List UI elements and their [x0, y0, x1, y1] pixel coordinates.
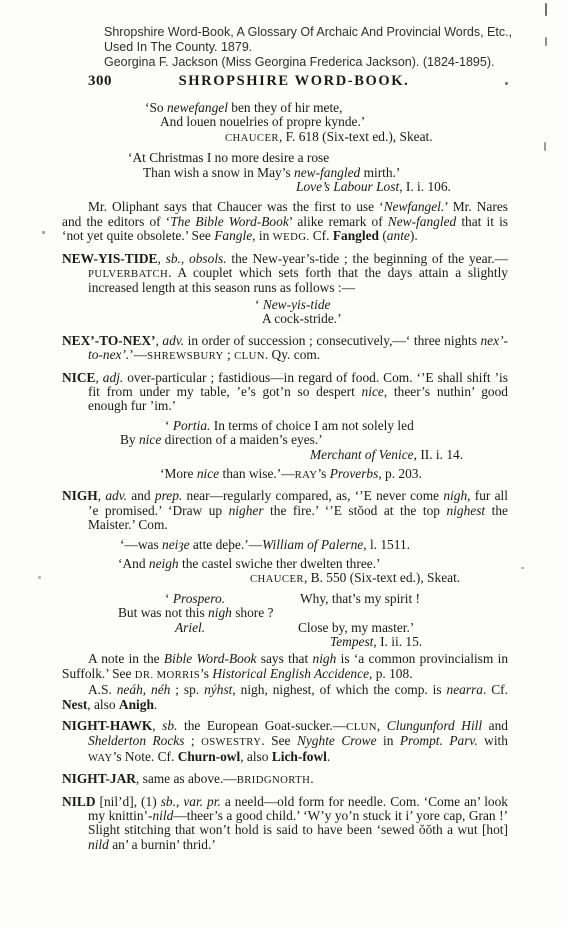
text-segment: atte deþe.’— [190, 537, 263, 552]
text-segment: And louen nouelries of propre kynde.’ [160, 114, 365, 129]
text-segment: nigher [229, 503, 264, 518]
text-segment: the castel swiche ther dwelten three.’ [179, 556, 381, 571]
text-segment: neiȝe [162, 537, 190, 552]
scan-metadata: Shropshire Word-Book, A Glossary Of Arch… [104, 25, 534, 70]
text-segment: , p. 203. [378, 466, 422, 481]
text-segment: NILD [62, 794, 95, 809]
text-segment: By [120, 432, 139, 447]
text-segment: ‘ [165, 418, 173, 433]
text-segment: NIGH [62, 488, 98, 503]
text-line: ‘ Portia. In terms of choice I am not so… [165, 419, 508, 433]
dialogue-speaker: ‘ Prospero. [165, 591, 225, 606]
text-segment: newefangel [167, 100, 228, 115]
text-segment: Prompt. Parv. [400, 733, 478, 748]
text-segment: ‘ [255, 297, 263, 312]
text-segment: Nest [62, 697, 87, 712]
page-header: 300 SHROPSHIRE WORD-BOOK. [62, 73, 508, 91]
text-line: Tempest, I. ii. 15. [330, 635, 508, 649]
text-segment: ben they of hir mete, [228, 100, 343, 115]
text-segment: in [377, 733, 400, 748]
text-segment: . [154, 697, 157, 712]
text-segment: , [377, 718, 387, 733]
text-segment: Pulverbatch [88, 268, 168, 280]
text-segment: Why, that’s my spirit ! [300, 591, 420, 606]
text-segment: , I. ii. 15. [373, 634, 422, 649]
text-line: Merchant of Venice, II. i. 14. [310, 448, 508, 462]
text-segment: Way [88, 752, 113, 764]
scan-artifact [505, 82, 508, 85]
text-segment: , in [252, 228, 272, 243]
text-segment: ; [224, 347, 234, 362]
page-number: 300 [88, 73, 112, 90]
text-segment: New-yis-tide [263, 297, 331, 312]
text-segment: Proverbs [330, 466, 379, 481]
text-line: ‘And neigh the castel swiche ther dwelte… [118, 557, 508, 571]
text-segment: Cf. [309, 228, 332, 243]
text-segment: ; sp. [170, 682, 204, 697]
text-segment: But was not this [118, 605, 208, 620]
text-segment: William of Palerne [262, 537, 363, 552]
text-segment: nild [88, 837, 109, 852]
text-segment: the fire.’ ‘’E stŏod at the top [264, 503, 447, 518]
dialogue-speaker: Ariel. [175, 620, 205, 635]
text-segment: Historical English Accidence [212, 666, 369, 681]
book-page: Shropshire Word-Book, A Glossary Of Arch… [0, 0, 567, 927]
text-segment: ( [379, 228, 387, 243]
text-segment: ‘So [145, 100, 167, 115]
text-segment: Nyghte Crowe [297, 733, 377, 748]
text-segment: near—regularly compared, as, ‘’E never c… [182, 488, 443, 503]
text-segment: nice [362, 384, 384, 399]
text-segment: direction of a maiden’s eyes.’ [161, 432, 322, 447]
text-segment: Ariel. [175, 620, 205, 635]
text-segment: prep. [155, 488, 182, 503]
text-segment: , B. 550 (Six-text ed.), Skeat. [304, 570, 460, 585]
scan-artifact [544, 142, 546, 151]
text-segment: , I. i. 106. [399, 179, 451, 194]
text-line: ‘ Prospero.Why, that’s my spirit ! [62, 592, 508, 606]
text-segment: says that [256, 651, 312, 666]
text-segment: , [158, 251, 166, 266]
text-segment: nigh [208, 605, 232, 620]
text-segment: shore ? [232, 605, 274, 620]
text-segment: Clun [234, 350, 265, 362]
text-line: ‘ New-yis-tide [255, 298, 508, 312]
text-segment: NIGHT-HAWK [62, 718, 152, 733]
running-title: SHROPSHIRE WORD-BOOK. [62, 73, 508, 90]
dictionary-entry: NEW-YIS-TIDE, sb., obsols. the New-year’… [62, 252, 508, 296]
text-segment: Clun [346, 721, 377, 733]
scan-artifact [545, 3, 547, 16]
text-segment: new-fangled [294, 165, 360, 180]
text-segment: neigh [149, 556, 179, 571]
text-segment: than wise.’— [219, 466, 295, 481]
text-line: Chaucer, F. 618 (Six-text ed.), Skeat. [225, 130, 508, 145]
text-segment: Wedg. [273, 231, 310, 243]
text-segment: nigh [313, 651, 337, 666]
dictionary-entry: NICE, adj. over-particular ; fastidious—… [62, 371, 508, 414]
text-segment: ’s [200, 666, 212, 681]
text-segment: The Bible Word-Book [170, 214, 289, 229]
text-segment: obsols. [189, 251, 227, 266]
text-segment: , [152, 718, 162, 733]
text-segment: Shrewsbury [147, 350, 224, 362]
text-line: Chaucer, B. 550 (Six-text ed.), Skeat. [250, 571, 508, 586]
text-segment: A note in the [88, 651, 164, 666]
text-segment: New-fangled [388, 214, 456, 229]
text-segment: NEW-YIS-TIDE [62, 251, 158, 266]
text-segment: nýhst [204, 682, 232, 697]
text-segment: Bible Word-Book [164, 651, 257, 666]
text-segment: . [327, 749, 330, 764]
text-line: But was not this nigh shore ? [118, 606, 508, 620]
scan-metadata-line-2: Used In The County. 1879. [104, 40, 534, 55]
text-segment: nild [152, 808, 173, 823]
text-segment: NICE [62, 370, 95, 385]
text-segment: , F. 618 (Six-text ed.), Skeat. [279, 129, 433, 144]
text-segment: , also [240, 749, 272, 764]
text-segment: ‘More [160, 466, 197, 481]
text-segment: Clungunford Hill [387, 718, 482, 733]
text-segment: ‘ [165, 591, 173, 606]
text-segment: . Qy. com. [265, 347, 320, 362]
text-segment: , [95, 370, 102, 385]
text-segment: Oswestry [201, 736, 261, 748]
text-segment: NEX’-TO-NEX’ [62, 333, 156, 348]
text-segment: Close by, my master.’ [298, 620, 414, 635]
text-segment: , l. 1511. [363, 537, 410, 552]
text-segment: ante [387, 228, 410, 243]
text-segment: and [127, 488, 155, 503]
dictionary-entry: NILD [nil’d], (1) sb., var. pr. a neeld—… [62, 795, 508, 853]
text-line: ‘—was neiȝe atte deþe.’—William of Paler… [120, 538, 508, 552]
text-segment: , [181, 251, 189, 266]
text-segment: in order of succession ; consecutively,—… [184, 333, 480, 348]
paragraph: A.S. neáh, néh ; sp. nýhst, nigh, nighes… [62, 683, 508, 712]
text-segment: ’ alike remark of [289, 214, 388, 229]
text-segment: an’ a burnin’ thrid.’ [109, 837, 216, 852]
text-segment: Dr. Morris [135, 669, 200, 681]
text-segment: Newfangel. [384, 199, 445, 214]
text-segment: var. pr. [183, 794, 221, 809]
text-segment: ‘At Christmas I no more desire a rose [128, 150, 329, 165]
text-segment: mirth.’ [360, 165, 400, 180]
text-segment: Portia. [173, 418, 211, 433]
text-line: A cock-stride.’ [262, 312, 508, 326]
text-segment: Fangle [214, 228, 252, 243]
text-segment: Shelderton Rocks [88, 733, 184, 748]
text-segment: sb. [161, 794, 176, 809]
text-segment: . See [261, 733, 297, 748]
text-segment: sb. [162, 718, 177, 733]
text-line: And louen nouelries of propre kynde.’ [160, 115, 508, 129]
scan-metadata-line-3: Georgina F. Jackson (Miss Georgina Frede… [104, 55, 534, 70]
text-segment: Churn-owl [178, 749, 241, 764]
text-segment: the New-year’s-tide ; the beginning of t… [227, 251, 508, 266]
text-segment: Merchant of Venice [310, 447, 414, 462]
text-segment: . Cf. [483, 682, 508, 697]
text-segment: with [478, 733, 508, 748]
text-segment: , same as above.— [136, 771, 237, 786]
text-segment: Fangled [333, 228, 379, 243]
scan-artifact [38, 576, 41, 579]
dictionary-entry: NIGHT-HAWK, sb. the European Goat-sucker… [62, 719, 508, 765]
text-segment: . [310, 771, 313, 786]
text-segment: ). [410, 228, 418, 243]
text-segment: nighest [446, 503, 485, 518]
text-segment: Ray [295, 469, 318, 481]
text-segment: nigh [443, 488, 467, 503]
text-segment: adv. [162, 333, 184, 348]
text-segment: [nil’d], (1) [95, 794, 160, 809]
text-segment: Lich-fowl [272, 749, 327, 764]
text-segment: NIGHT-JAR [62, 771, 136, 786]
text-segment: neáh, néh [117, 682, 171, 697]
text-segment: Chaucer [225, 132, 279, 144]
dialogue-text: Why, that’s my spirit ! [300, 592, 420, 606]
text-segment: sb. [166, 251, 181, 266]
text-segment: ’s [317, 466, 329, 481]
text-segment: Prospero. [173, 591, 225, 606]
text-segment: , also [87, 697, 119, 712]
text-line: ‘So newefangel ben they of hir mete, [145, 101, 508, 115]
text-segment: ’— [129, 347, 147, 362]
text-segment: Tempest [330, 634, 373, 649]
text-segment: nice [197, 466, 219, 481]
text-line: Love’s Labour Lost, I. i. 106. [296, 180, 508, 194]
text-line: ‘At Christmas I no more desire a rose [128, 151, 508, 165]
dialogue-text: Close by, my master.’ [298, 621, 414, 635]
scan-artifact [521, 567, 524, 569]
text-segment: Mr. Oliphant says that Chaucer was the f… [88, 199, 384, 214]
text-line: Ariel.Close by, my master.’ [62, 621, 508, 635]
text-segment: and [482, 718, 508, 733]
text-segment: Than wish a snow in May’s [143, 165, 294, 180]
text-segment: Love’s Labour Lost [296, 179, 399, 194]
paragraph: A note in the Bible Word-Book says that … [62, 652, 508, 682]
text-segment: ; [184, 733, 201, 748]
text-segment: adj. [103, 370, 123, 385]
text-segment: , II. i. 14. [414, 447, 463, 462]
text-segment: Anigh [119, 697, 154, 712]
text-segment: , p. 108. [369, 666, 413, 681]
scan-artifact [545, 37, 547, 46]
text-segment: ‘—was [120, 537, 162, 552]
text-segment: adv. [105, 488, 127, 503]
dictionary-entry: NIGHT-JAR, same as above.—Bridgnorth. [62, 772, 508, 787]
text-segment: In terms of choice I am not solely led [210, 418, 413, 433]
scan-artifact [42, 231, 45, 234]
dictionary-entry: NEX’-TO-NEX’, adv. in order of successio… [62, 334, 508, 364]
text-segment: nearra [447, 682, 483, 697]
text-segment: A.S. [88, 682, 117, 697]
text-segment: the European Goat-sucker.— [177, 718, 346, 733]
text-line: Than wish a snow in May’s new-fangled mi… [143, 166, 508, 180]
text-segment: ‘And [118, 556, 149, 571]
text-segment: A cock-stride.’ [262, 311, 342, 326]
text-segment: Bridgnorth [237, 774, 311, 786]
dictionary-entry: NIGH, adv. and prep. near—regularly comp… [62, 489, 508, 532]
text-segment: , nigh, nighest, of which the comp. is [232, 682, 446, 697]
paragraph: Mr. Oliphant says that Chaucer was the f… [62, 200, 508, 244]
text-segment: nice [139, 432, 161, 447]
text-line: By nice direction of a maiden’s eyes.’ [120, 433, 508, 447]
text-segment: Chaucer [250, 573, 304, 585]
text-line: ‘More nice than wise.’—Ray’s Proverbs, p… [160, 467, 508, 482]
text-segment: ’s Note. Cf. [113, 749, 178, 764]
page-body: ‘So newefangel ben they of hir mete,And … [62, 101, 508, 852]
scan-metadata-line-1: Shropshire Word-Book, A Glossary Of Arch… [104, 25, 534, 40]
